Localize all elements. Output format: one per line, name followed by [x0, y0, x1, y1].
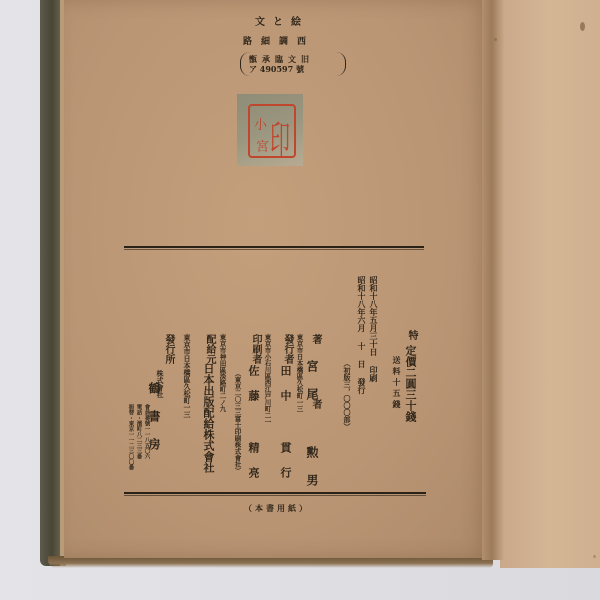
book-title: 文と絵: [255, 13, 309, 28]
paper-note: （本書用紙）: [244, 503, 310, 514]
publisher-account: 振替・東京一一二三〇〇番: [127, 404, 133, 470]
foxing-spot: [593, 555, 596, 558]
bottom-rule-thin: [124, 495, 426, 496]
price-label: 特: [406, 330, 416, 340]
red-seal-stamp: 印 小 宮: [248, 104, 296, 158]
foxing-spot: [580, 22, 585, 31]
seal-char-1: 印: [270, 108, 290, 166]
seal-char-2: 小: [254, 114, 267, 133]
catalog-line-2: ア 490597 號: [249, 64, 304, 75]
foxing-spot: [494, 38, 497, 41]
catalog-number-box: 甑承臨文旧 ア 490597 號: [240, 52, 346, 76]
printer-address: 東京市小石川區西江戸川町二一: [264, 334, 271, 425]
seal-char-3: 宮: [256, 136, 269, 155]
top-rule: [124, 246, 424, 248]
postage: 送料十五錢: [393, 356, 401, 411]
facing-page: [500, 0, 600, 568]
publisher-member-number: 會員番號一一八五〇六: [143, 404, 149, 459]
publisher-person-label: 發行者: [282, 334, 292, 364]
bottom-rule: [124, 492, 426, 494]
publisher-person-address: 東京市日本橋區久松町一三: [296, 334, 303, 412]
book-cover-board: [40, 0, 62, 566]
top-rule-thin: [124, 249, 424, 250]
distributor-name: 日本出版配給株式會社: [203, 363, 214, 473]
publisher-person-name: 田中 貫行: [280, 365, 291, 492]
print-run: （初版三，〇〇〇部）: [344, 360, 351, 430]
print-date: 昭和十八年五月三十日 印刷: [370, 276, 378, 382]
book-gutter: [482, 0, 504, 560]
printer-company: （東京二〇三三富士印刷株式會社）: [234, 370, 241, 474]
publisher-address: 東京市日本橋區久松町一三: [184, 334, 191, 418]
distributor-address: 東京市神田區淡路町二ノ九: [219, 334, 226, 412]
price: 定價二圓三十錢: [405, 345, 416, 422]
series-name: 路細調西: [243, 34, 315, 47]
publisher-label: 發行所: [163, 334, 173, 364]
publish-date: 昭和十八年六月 十 日 發行: [358, 276, 366, 394]
colophon-page: [64, 0, 490, 558]
author-name: 宮尾 勲男: [306, 360, 318, 502]
printer-label: 印刷者: [250, 334, 260, 364]
distributor-label: 配給元: [204, 334, 214, 364]
photo-scene: 文と絵 路細調西 甑承臨文旧 ア 490597 號 印 小 宮 昭和十八年五月三…: [0, 0, 600, 600]
publisher-phone: 電話・濱町八二三三番: [135, 404, 141, 459]
printer-name: 佐藤 精亮: [248, 365, 259, 492]
